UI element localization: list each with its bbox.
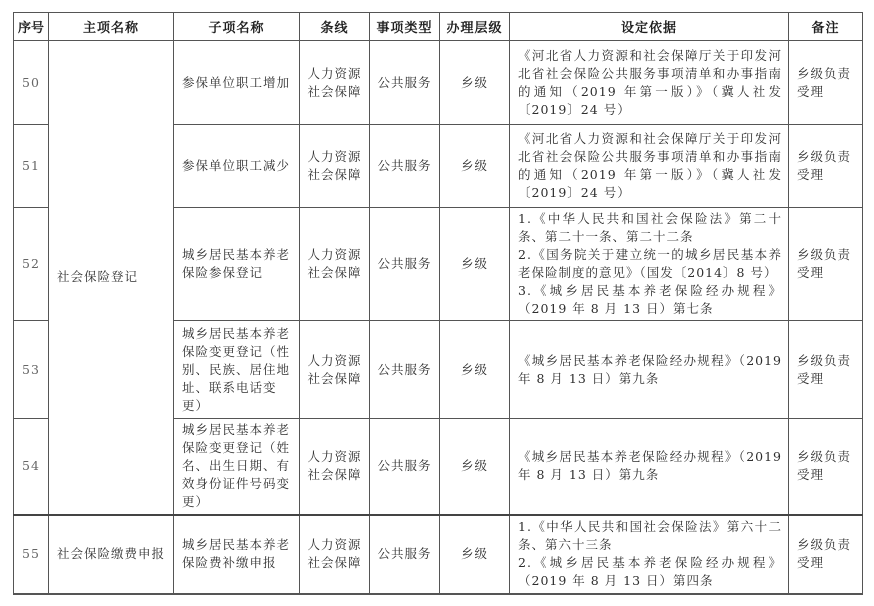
basis-cell: 1.《中华人民共和国社会保险法》第六十二条、第六十三条 2.《城乡居民基本养老保… — [510, 515, 789, 594]
basis-line: 3.《城乡居民基本养老保险经办规程》（2019 年 8 月 13 日）第七条 — [518, 282, 782, 318]
sub-item-cell: 城乡居民基本养老保险变更登记（性别、民族、居住地址、联系电话变更） — [174, 321, 300, 419]
header-level: 办理层级 — [440, 13, 510, 41]
type-cell: 公共服务 — [370, 208, 440, 321]
level-cell: 乡级 — [440, 321, 510, 419]
service-items-table: 序号 主项名称 子项名称 条线 事项类型 办理层级 设定依据 备注 50 社会保… — [13, 12, 863, 595]
line-cell: 人力资源社会保障 — [300, 41, 370, 125]
basis-line: 1.《中华人民共和国社会保险法》第二十条、第二十一条、第二十二条 — [518, 210, 782, 246]
table-row: 50 社会保险登记 参保单位职工增加 人力资源社会保障 公共服务 乡级 《河北省… — [14, 41, 863, 125]
seq-cell: 52 — [14, 208, 49, 321]
line-cell: 人力资源社会保障 — [300, 321, 370, 419]
basis-cell: 《河北省人力资源和社会保障厅关于印发河北省社会保险公共服务事项清单和办事指南的通… — [510, 125, 789, 208]
basis-cell: 《城乡居民基本养老保险经办规程》（2019 年 8 月 13 日）第九条 — [510, 321, 789, 419]
level-cell: 乡级 — [440, 208, 510, 321]
note-cell: 乡级负责受理 — [789, 321, 863, 419]
basis-line: 《河北省人力资源和社会保障厅关于印发河北省社会保险公共服务事项清单和办事指南的通… — [518, 47, 782, 119]
header-sub-item: 子项名称 — [174, 13, 300, 41]
type-cell: 公共服务 — [370, 515, 440, 594]
header-row: 序号 主项名称 子项名称 条线 事项类型 办理层级 设定依据 备注 — [14, 13, 863, 41]
basis-cell: 《城乡居民基本养老保险经办规程》（2019 年 8 月 13 日）第九条 — [510, 419, 789, 515]
basis-cell: 《河北省人力资源和社会保障厅关于印发河北省社会保险公共服务事项清单和办事指南的通… — [510, 41, 789, 125]
line-cell: 人力资源社会保障 — [300, 419, 370, 515]
seq-cell: 51 — [14, 125, 49, 208]
sub-item-cell: 城乡居民基本养老保险变更登记（姓名、出生日期、有效身份证件号码变更） — [174, 419, 300, 515]
type-cell: 公共服务 — [370, 321, 440, 419]
line-cell: 人力资源社会保障 — [300, 515, 370, 594]
basis-line: 《城乡居民基本养老保险经办规程》（2019 年 8 月 13 日）第九条 — [518, 352, 782, 388]
basis-line: 《河北省人力资源和社会保障厅关于印发河北省社会保险公共服务事项清单和办事指南的通… — [518, 130, 782, 202]
level-cell: 乡级 — [440, 125, 510, 208]
level-cell: 乡级 — [440, 41, 510, 125]
header-main-item: 主项名称 — [49, 13, 174, 41]
type-cell: 公共服务 — [370, 41, 440, 125]
seq-cell: 54 — [14, 419, 49, 515]
header-line: 条线 — [300, 13, 370, 41]
line-cell: 人力资源社会保障 — [300, 125, 370, 208]
basis-line: 2.《国务院关于建立统一的城乡居民基本养老保险制度的意见》（国发〔2014〕8 … — [518, 246, 782, 282]
sub-item-cell: 参保单位职工增加 — [174, 41, 300, 125]
level-cell: 乡级 — [440, 419, 510, 515]
basis-line: 《城乡居民基本养老保险经办规程》（2019 年 8 月 13 日）第九条 — [518, 448, 782, 484]
level-cell: 乡级 — [440, 515, 510, 594]
basis-line: 2.《城乡居民基本养老保险经办规程》（2019 年 8 月 13 日）第四条 — [518, 554, 782, 590]
sub-item-cell: 城乡居民基本养老保险参保登记 — [174, 208, 300, 321]
seq-cell: 55 — [14, 515, 49, 594]
note-cell: 乡级负责受理 — [789, 515, 863, 594]
seq-cell: 50 — [14, 41, 49, 125]
sub-item-cell: 城乡居民基本养老保险费补缴申报 — [174, 515, 300, 594]
seq-cell: 53 — [14, 321, 49, 419]
main-item-cell: 社会保险登记 — [49, 41, 174, 515]
basis-cell: 1.《中华人民共和国社会保险法》第二十条、第二十一条、第二十二条 2.《国务院关… — [510, 208, 789, 321]
line-cell: 人力资源社会保障 — [300, 208, 370, 321]
note-cell: 乡级负责受理 — [789, 208, 863, 321]
header-type: 事项类型 — [370, 13, 440, 41]
type-cell: 公共服务 — [370, 419, 440, 515]
basis-line: 1.《中华人民共和国社会保险法》第六十二条、第六十三条 — [518, 518, 782, 554]
header-seq: 序号 — [14, 13, 49, 41]
header-note: 备注 — [789, 13, 863, 41]
note-cell: 乡级负责受理 — [789, 125, 863, 208]
main-item-cell: 社会保险缴费申报 — [49, 515, 174, 594]
header-basis: 设定依据 — [510, 13, 789, 41]
note-cell: 乡级负责受理 — [789, 41, 863, 125]
table-row: 55 社会保险缴费申报 城乡居民基本养老保险费补缴申报 人力资源社会保障 公共服… — [14, 515, 863, 594]
type-cell: 公共服务 — [370, 125, 440, 208]
sub-item-cell: 参保单位职工减少 — [174, 125, 300, 208]
note-cell: 乡级负责受理 — [789, 419, 863, 515]
